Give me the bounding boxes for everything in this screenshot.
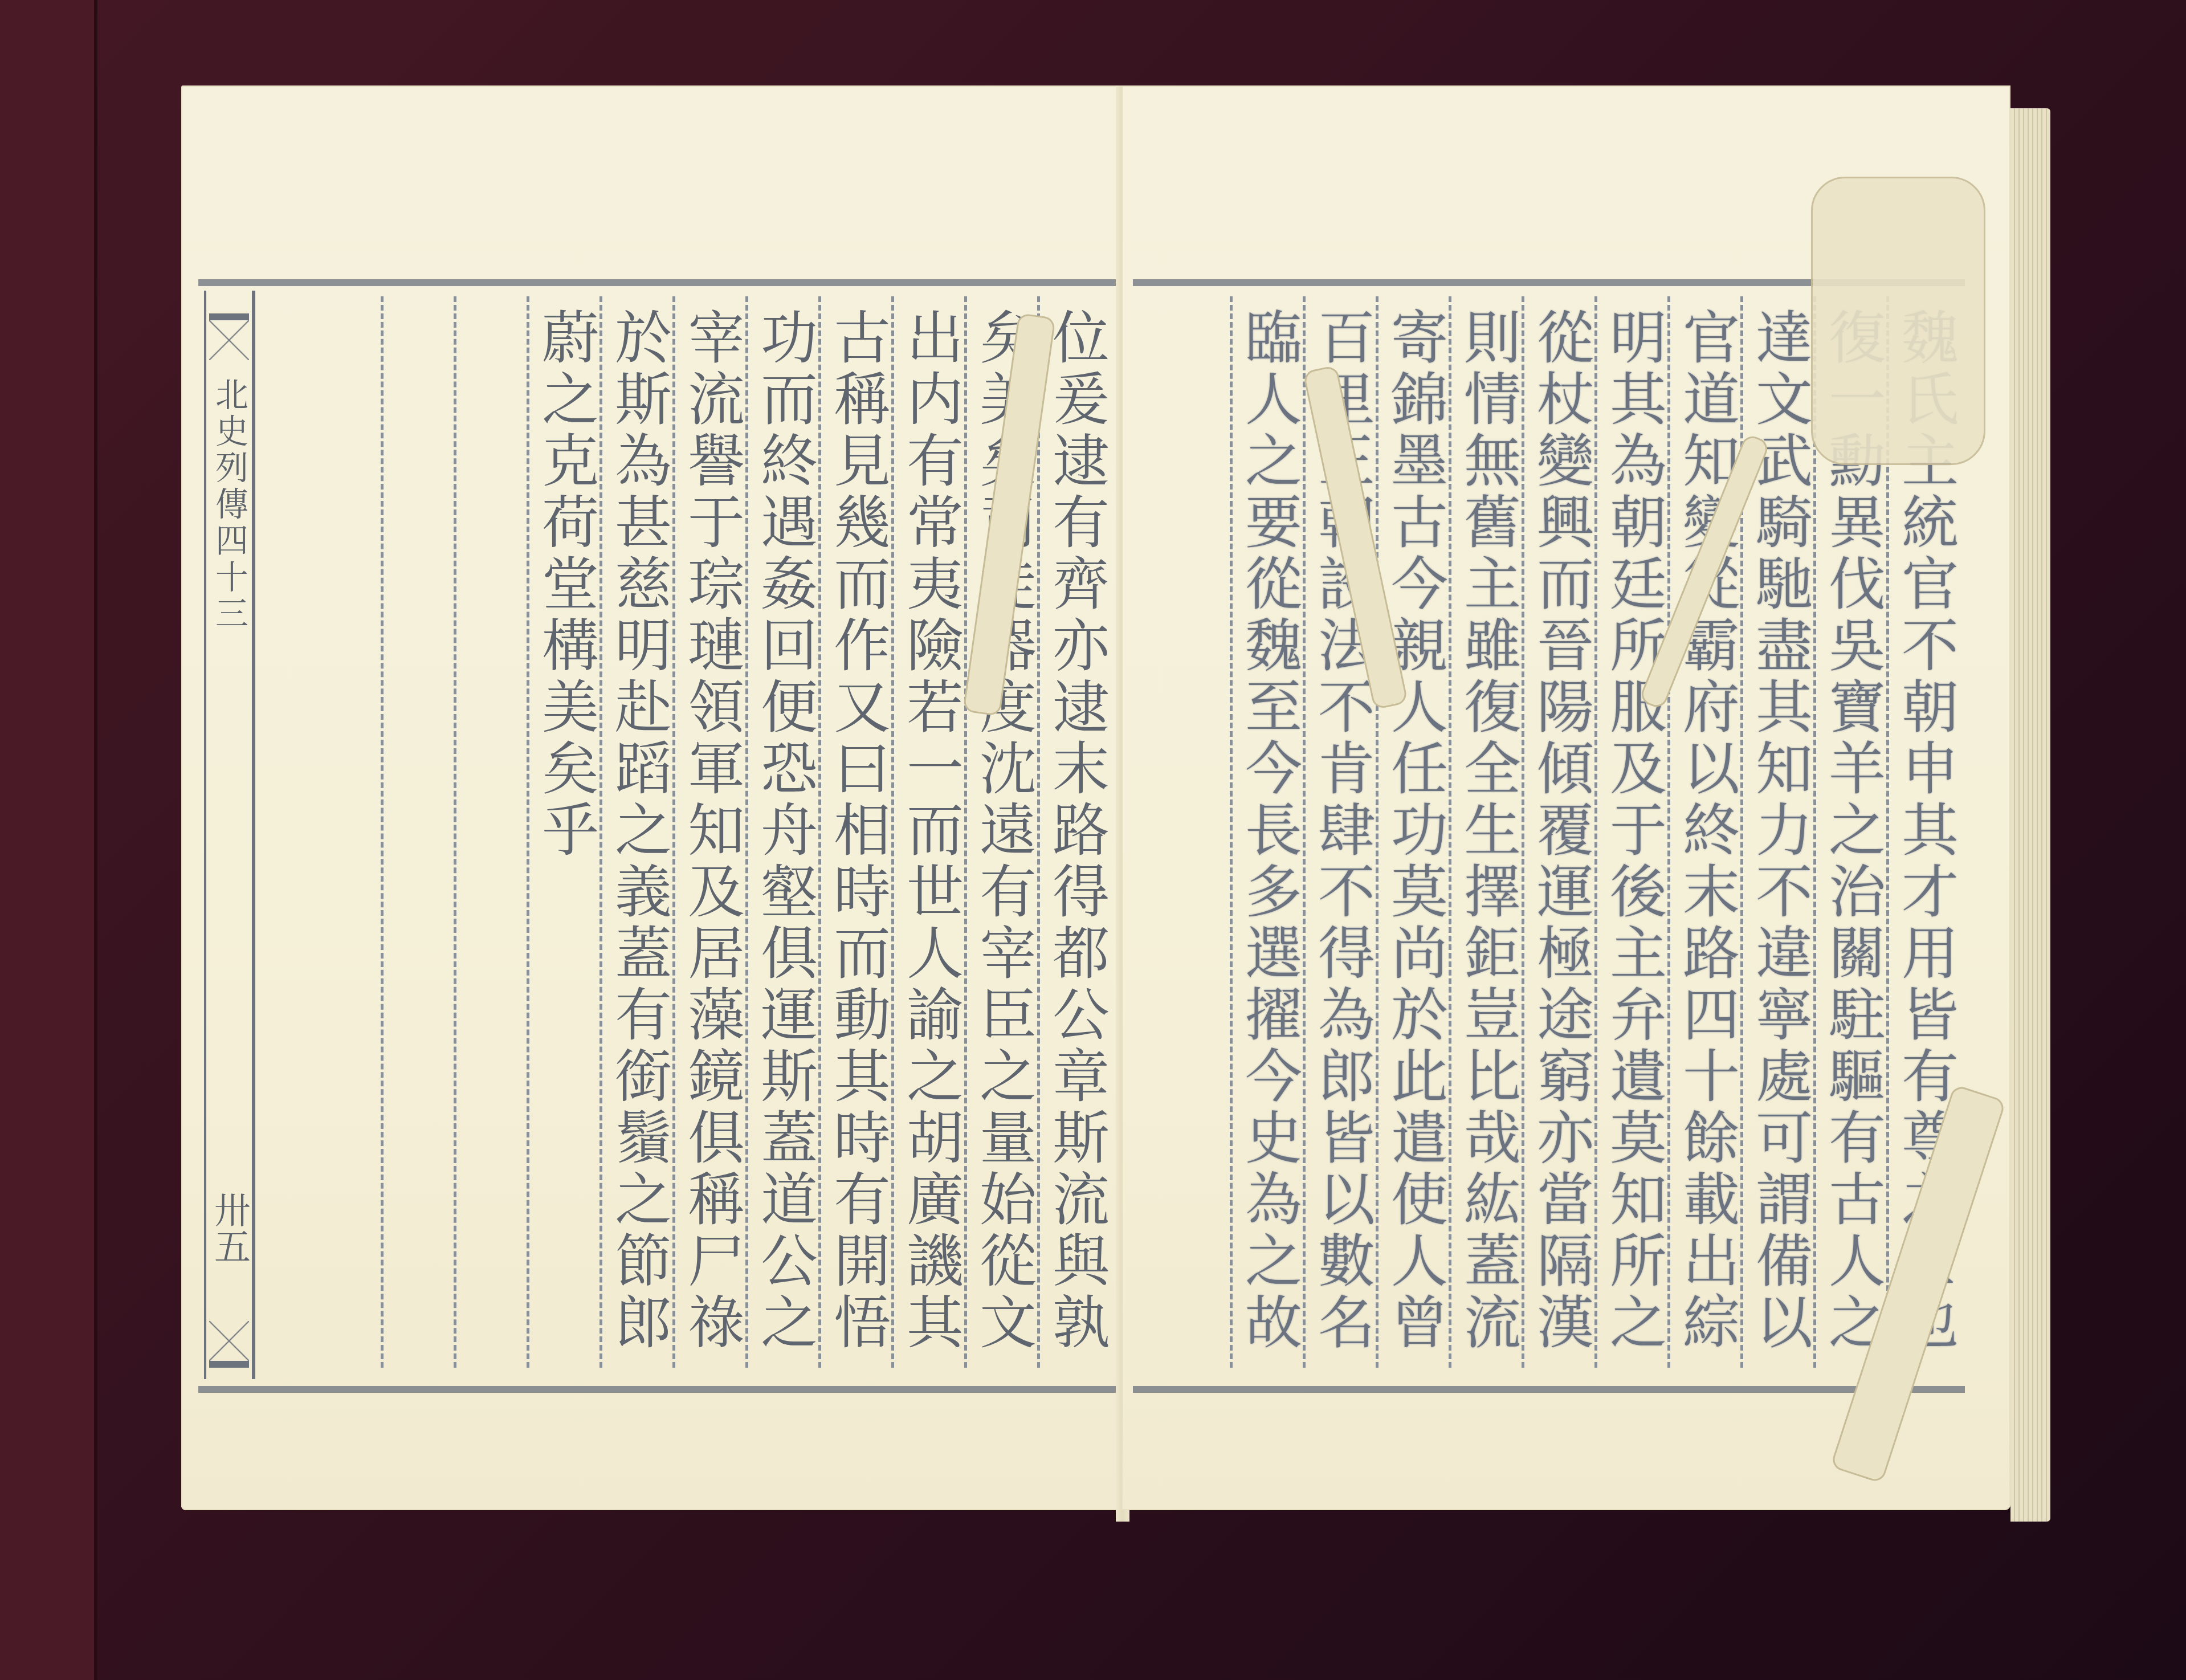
- blank-column: [381, 296, 454, 1368]
- text-column: 臨人之要從魏至今長多選擢今史為之故緝紳之流恥居: [1230, 296, 1303, 1368]
- text-column: 於斯為甚慈明赴蹈之義蓋有銜鬚之節郎基政績有聞: [599, 296, 672, 1368]
- page-edges: [2010, 108, 2050, 1522]
- blank-column: [454, 296, 527, 1368]
- block-heart-margin: 北史列傳四十三 卅五: [204, 291, 255, 1379]
- cloth-backdrop-left: [0, 0, 97, 1680]
- text-column: 則情無舊主雖復全生擇鉅豈比哉紘蓋流與矣騂臯之: [1449, 296, 1522, 1368]
- text-column: 位爰逮有齊亦逮末路得都公章斯流與孰之在人陸: [1037, 296, 1110, 1368]
- left-text-columns: 位爰逮有齊亦逮末路得都公章斯流與孰之在人陸 矣美矣司徒器度沈遠有宰臣之量始從文吏…: [278, 296, 1110, 1368]
- text-column: 從杖變興而晉陽傾覆運極途窮亦當隔漢昌死事: [1522, 296, 1594, 1368]
- book-spread: 北史列傳四十三 卅五 位爰逮有齊亦逮末路得都公章斯流與孰之在人陸 矣美矣司徒器度…: [181, 85, 2050, 1522]
- left-page: 北史列傳四十三 卅五 位爰逮有齊亦逮末路得都公章斯流與孰之在人陸 矣美矣司徒器度…: [181, 85, 1121, 1510]
- text-column: 明其為朝廷所服及于後主弁遺莫知所之首尊延宗以: [1594, 296, 1667, 1368]
- text-column: 功而終遇姦回便恐舟壑俱運斯蓋道公之志也子悛牧: [745, 296, 818, 1368]
- text-column: 蔚之克荷堂構美矣乎: [527, 296, 599, 1368]
- worm-damage: [1811, 177, 1985, 465]
- margin-title: 北史列傳四十三: [205, 377, 253, 633]
- text-column: 官道知變從霸府以終末路四十餘載出綜兵機識用閑: [1667, 296, 1740, 1368]
- text-column: 寄錦墨古今親人任功莫尚於此遣使人曾書郎出宰: [1376, 296, 1449, 1368]
- text-column: 古稱見幾而作又曰相時而動其時有開悟或可希舜一: [818, 296, 891, 1368]
- text-column: 出内有常夷險若一而世人諭之胡廣譏其不能廷爭然: [891, 296, 964, 1368]
- fish-tail-top-icon: [209, 313, 249, 360]
- text-column: 宰流譽于琮璉領軍知及居藻鏡俱稱尸祿焉蹈於賊貨: [672, 296, 745, 1368]
- page-number: 卅五: [203, 1191, 255, 1264]
- fish-tail-bottom-icon: [209, 1321, 249, 1368]
